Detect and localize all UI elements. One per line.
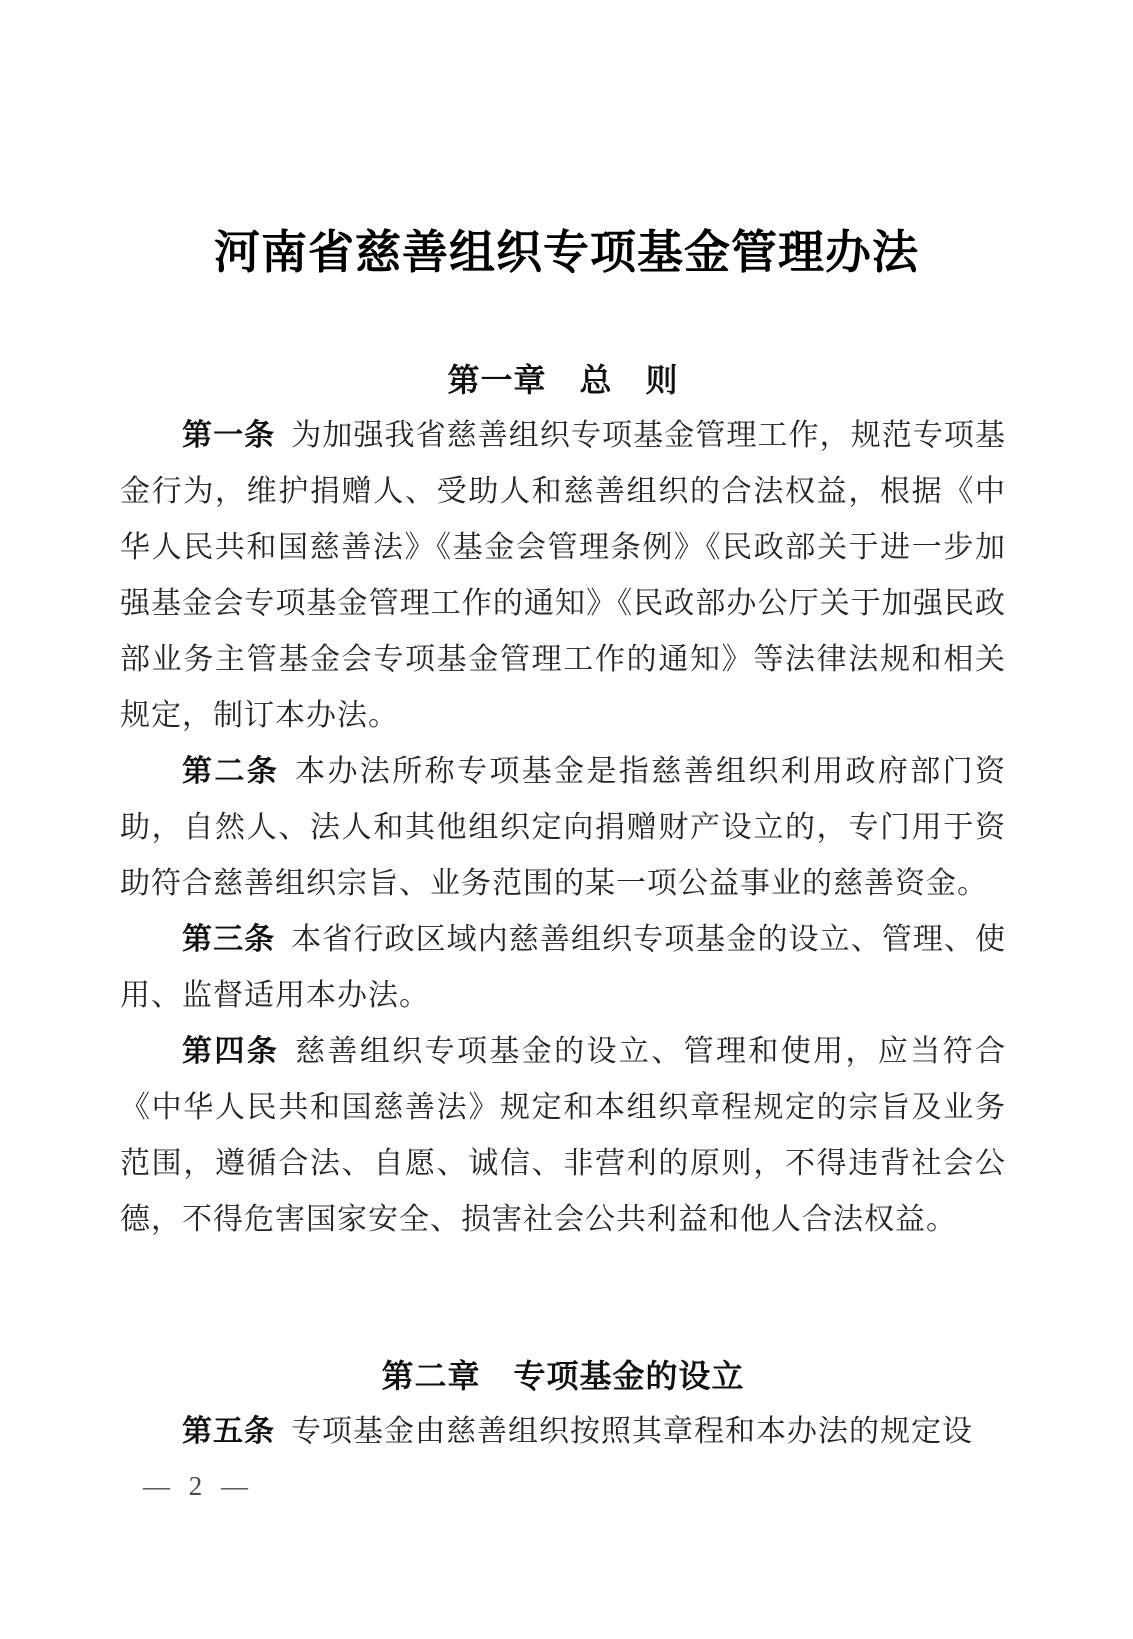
article-1-text: 为加强我省慈善组织专项基金管理工作，规范专项基金行为，维护捐赠人、受助人和慈善组…: [120, 419, 1006, 732]
article-5-label: 第五条: [182, 1415, 275, 1448]
article-5-paragraph: 第五条专项基金由慈善组织按照其章程和本办法的规定设: [120, 1404, 1006, 1460]
page-number-footer: — 2 —: [143, 1468, 254, 1504]
article-3-paragraph: 第三条本省行政区域内慈善组织专项基金的设立、管理、使用、监督适用本办法。: [120, 912, 1006, 1024]
article-1-paragraph: 第一条为加强我省慈善组织专项基金管理工作，规范专项基金行为，维护捐赠人、受助人和…: [120, 408, 1006, 744]
document-page: 河南省慈善组织专项基金管理办法 第一章 总 则 第一条为加强我省慈善组织专项基金…: [0, 0, 1133, 1639]
chapter-2-heading: 第二章 专项基金的设立: [120, 1348, 1006, 1404]
article-5-text: 专项基金由慈善组织按照其章程和本办法的规定设: [291, 1415, 973, 1448]
document-body: 第一章 总 则 第一条为加强我省慈善组织专项基金管理工作，规范专项基金行为，维护…: [120, 352, 1006, 1460]
article-1-label: 第一条: [182, 419, 275, 452]
article-4-paragraph: 第四条慈善组织专项基金的设立、管理和使用，应当符合《中华人民共和国慈善法》规定和…: [120, 1024, 1006, 1248]
article-2-label: 第二条: [182, 755, 279, 788]
chapter-1-heading: 第一章 总 则: [120, 352, 1006, 408]
page-title: 河南省慈善组织专项基金管理办法: [0, 222, 1133, 284]
article-3-label: 第三条: [182, 923, 275, 956]
article-2-paragraph: 第二条本办法所称专项基金是指慈善组织利用政府部门资助，自然人、法人和其他组织定向…: [120, 744, 1006, 912]
article-4-label: 第四条: [182, 1035, 279, 1068]
